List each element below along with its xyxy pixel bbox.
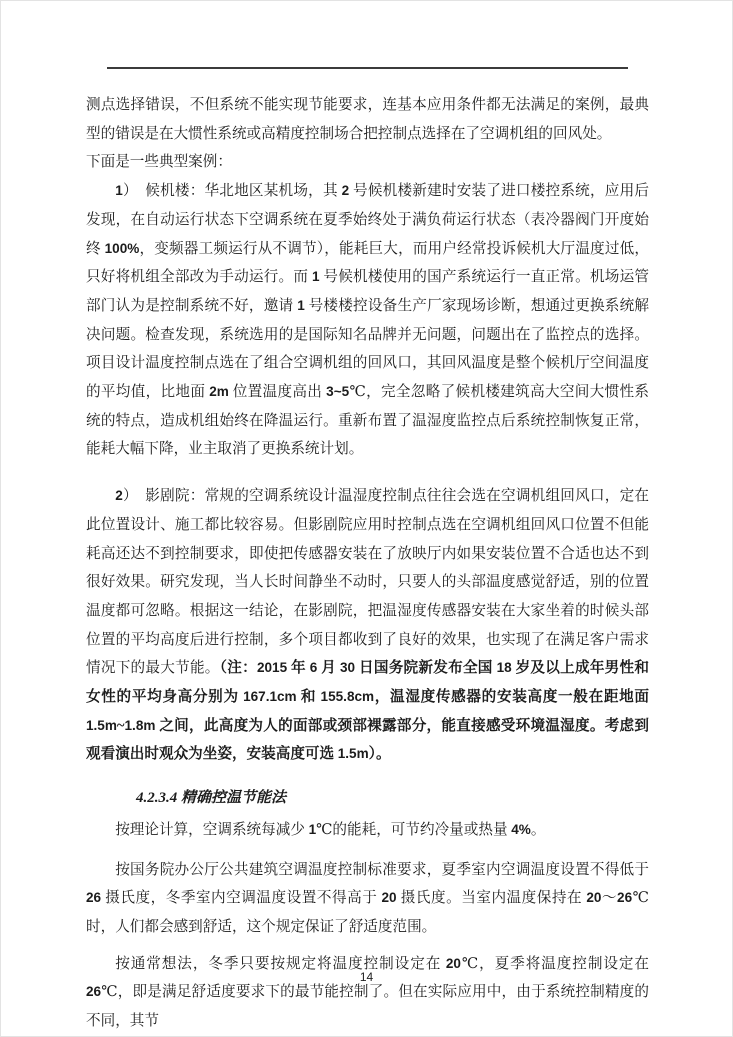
paragraph-standard-requirement: 按国务院办公厅公共建筑空调温度控制标准要求，夏季室内空调温度设置不得低于 26 … [86, 856, 649, 942]
paragraph-cases-label: 下面是一些典型案例： [86, 148, 649, 177]
paragraph-case2-theater: 2） 影剧院：常规的空调系统设计温湿度控制点往往会选在空调机组回风口，定在此位置… [86, 482, 649, 769]
section-heading-4-2-3-4: 4.2.3.4 精确控温节能法 [86, 784, 649, 813]
case2-body-text: 2） 影剧院：常规的空调系统设计温湿度控制点往往会选在空调机组回风口，定在此位置… [86, 488, 649, 676]
header-rule [107, 67, 628, 69]
paragraph-intro: 测点选择错误，不但系统不能实现节能要求，连基本应用条件都无法满足的案例，最典型的… [86, 91, 649, 148]
page-footer: 14 [1, 968, 732, 986]
paragraph-case1-terminal-building: 1） 候机楼：华北地区某机场，其 2 号候机楼新建时安装了进口楼控系统，应用后发… [86, 177, 649, 464]
paragraph-theory: 按理论计算，空调系统每减少 1℃的能耗，可节约冷量或热量 4%。 [86, 816, 649, 845]
paragraph-common-practice: 按通常想法，冬季只要按规定将温度控制设定在 20℃，夏季将温度控制设定在 26℃… [86, 950, 649, 1036]
document-page: 测点选择错误，不但系统不能实现节能要求，连基本应用条件都无法满足的案例，最典型的… [0, 0, 733, 1037]
page-number: 14 [360, 970, 373, 984]
page-content: 测点选择错误，不但系统不能实现节能要求，连基本应用条件都无法满足的案例，最典型的… [86, 91, 649, 1036]
